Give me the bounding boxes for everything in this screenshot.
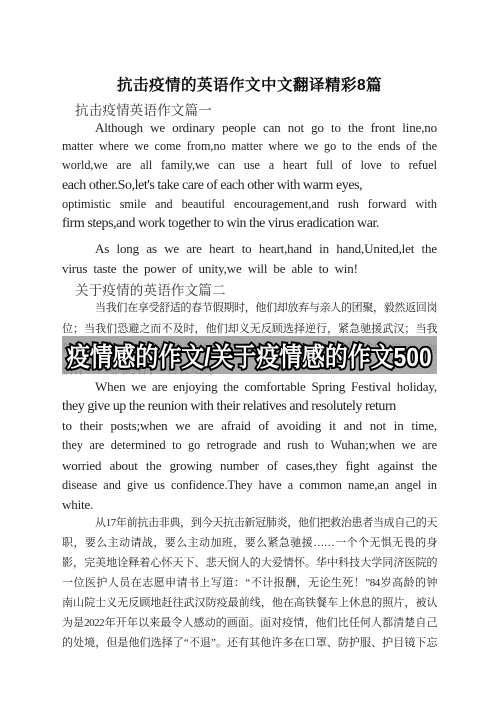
text-line: to their posts;when we are afraid of avo… [62, 416, 437, 436]
text-line: optimistic smile and beautiful encourage… [62, 195, 437, 214]
english-paragraph-3: When we are enjoying the comfortable Spr… [62, 377, 437, 515]
text-line: As long as we are heart to heart,hand in… [62, 239, 437, 259]
promo-title-text: 疫情感的作文/关于疫情感的作文500 [67, 337, 432, 374]
document-page: 抗击疫情的英语作文中文翻译精彩8篇 抗击疫情英语作文篇一 Although we… [0, 0, 500, 707]
text-line: white. [62, 495, 437, 515]
text-line: each other.So,let's take care of each ot… [62, 176, 437, 195]
promo-title-banner[interactable]: 疫情感的作文/关于疫情感的作文500 [62, 336, 437, 374]
english-paragraph-1: Although we ordinary people can not go t… [62, 118, 437, 233]
text-line: worried about the growing number of case… [62, 456, 437, 476]
text-line: 的处境，但是他们选择了“不退”。还有其他许多在口罩、防护服、护目镜下忘 [62, 633, 437, 653]
text-line: world,we are all family,we can use a hea… [62, 156, 437, 175]
text-line: disease and give us confidence.They have… [62, 476, 437, 496]
text-line: When we are enjoying the comfortable Spr… [62, 377, 437, 397]
section2-heading: 关于疫情的英语作文篇二 [75, 279, 226, 299]
text-line: they are determined to go retrograde and… [62, 436, 437, 456]
page-title: 抗击疫情的英语作文中文翻译精彩8篇 [62, 73, 437, 95]
text-line: 从17年前抗击非典，到今天抗击新冠肺炎，他们把救治患者当成自己的天 [62, 513, 437, 533]
text-line: 影，完美地诠释着心怀天下、悲天悯人的大爱情怀。华中科技大学同济医院的 [62, 553, 437, 573]
text-line: 当我们在享受舒适的春节假期时，他们却放弃与亲人的团聚，毅然返回岗 [62, 298, 437, 319]
text-line: they give up the reunion with their rela… [62, 397, 437, 417]
text-line: 南山院士义无反顾地赶往武汉防疫最前线，他在高铁餐车上休息的照片，被认 [62, 593, 437, 613]
text-line: firm steps,and work together to win the … [62, 214, 437, 233]
section1-heading: 抗击疫情英语作文篇一 [75, 99, 212, 119]
text-line: 为是2022年开年以来最令人感动的画面。面对疫情，他们比任何人都清楚自己 [62, 613, 437, 633]
text-line: matter where we come from,no matter wher… [62, 137, 437, 156]
text-line: 职，要么主动请战，要么主动加班，要么紧急驰援……一个个无惧无畏的身 [62, 533, 437, 553]
chinese-paragraph-2: 从17年前抗击非典，到今天抗击新冠肺炎，他们把救治患者当成自己的天 职，要么主动… [62, 513, 437, 653]
english-paragraph-2: As long as we are heart to heart,hand in… [62, 239, 437, 278]
text-line: Although we ordinary people can not go t… [62, 118, 437, 137]
text-line: 一位医护人员在志愿申请书上写道：“不计报酬，无论生死！”84岁高龄的钟 [62, 573, 437, 593]
text-line: virus taste the power of unity,we will b… [62, 259, 437, 279]
